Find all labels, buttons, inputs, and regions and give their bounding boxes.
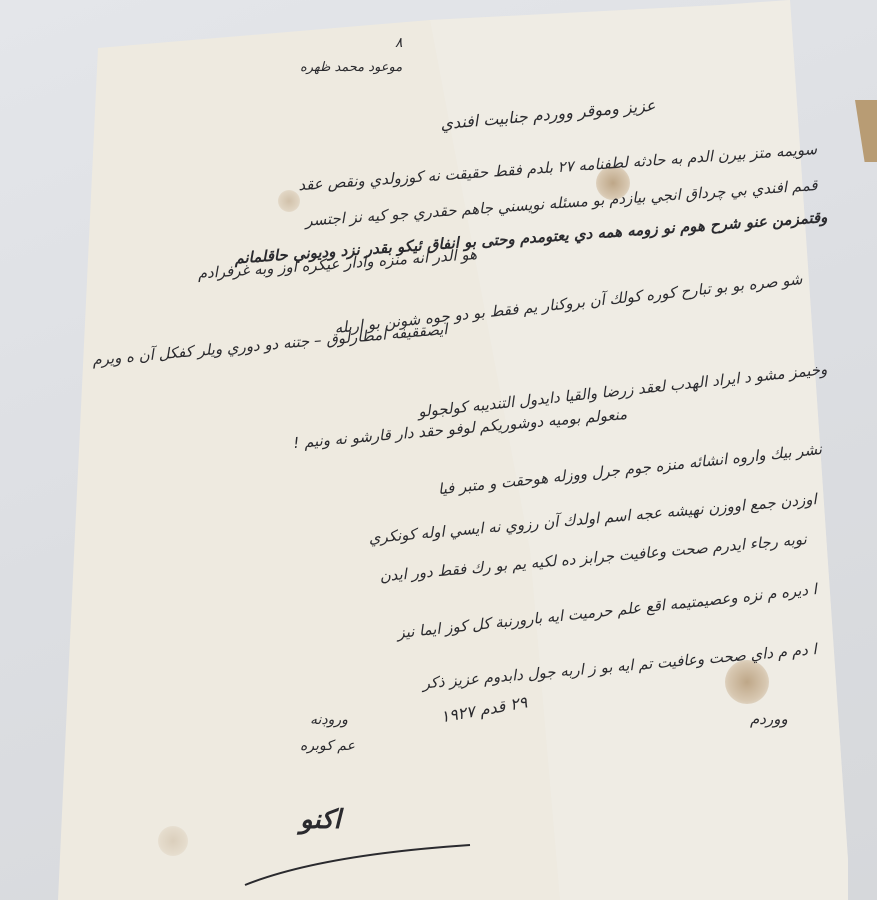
stain xyxy=(725,660,769,704)
paper-scrap xyxy=(855,100,877,162)
closing-right: ووردم xyxy=(750,710,788,728)
sender-line-1: وروڊنه xyxy=(310,712,348,728)
signature: اكنو xyxy=(300,805,341,835)
header-place: موعود محمد ظهره xyxy=(300,60,402,75)
sender-line-2: عم كوبره xyxy=(300,738,355,754)
stain xyxy=(278,190,300,212)
stain xyxy=(158,826,188,856)
signature-underline xyxy=(240,840,480,890)
header-number: ٨ xyxy=(395,35,403,51)
